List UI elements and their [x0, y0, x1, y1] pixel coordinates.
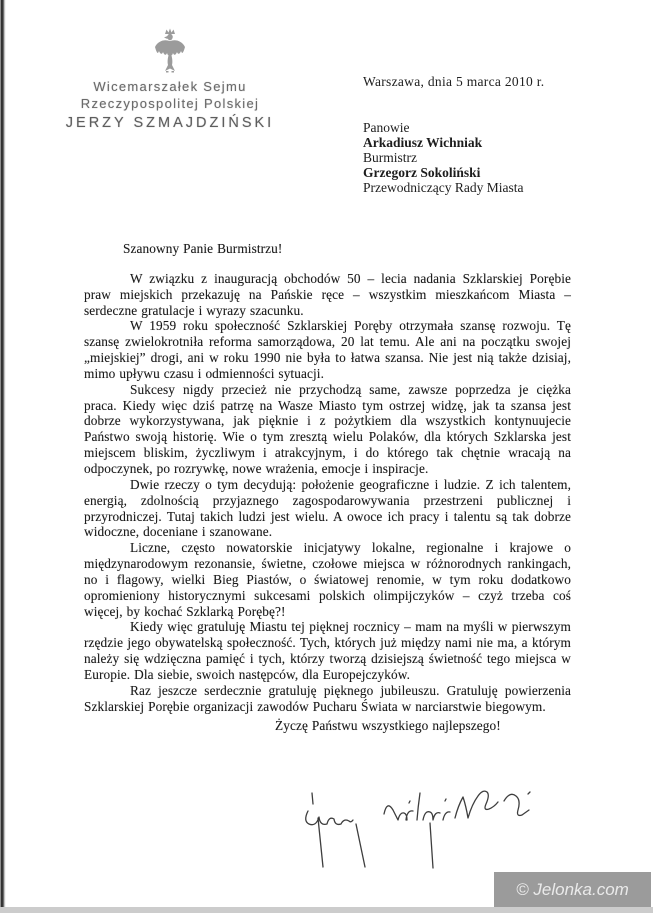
dateline: Warszawa, dnia 5 marca 2010 r. [363, 74, 544, 90]
watermark-text: © Jelonka.com [516, 880, 629, 900]
paragraph: Dwie rzeczy o tym decydują: położenie ge… [84, 477, 571, 540]
scan-edge-bottom [0, 907, 653, 913]
paragraph: Kiedy więc gratuluję Miastu tej pięknej … [84, 619, 571, 682]
scan-edge-left [0, 0, 6, 907]
recipient-name: Grzegorz Sokoliński [363, 166, 523, 181]
office-title-line1: Wicemarszałek Sejmu [55, 78, 285, 95]
office-title-line2: Rzeczypospolitej Polskiej [55, 95, 285, 112]
polish-eagle-icon [55, 28, 285, 78]
recipients-intro: Panowie [363, 121, 523, 136]
letter-body: Szanowny Panie Burmistrzu! W związku z i… [84, 241, 571, 734]
paragraph: W związku z inauguracją obchodów 50 – le… [84, 271, 571, 319]
handwritten-signature [292, 787, 542, 880]
salutation: Szanowny Panie Burmistrzu! [123, 241, 571, 257]
closing-line: Życzę Państwu wszystkiego najlepszego! [275, 718, 571, 734]
recipients-block: Panowie Arkadiusz Wichniak Burmistrz Grz… [363, 121, 523, 196]
watermark-bar: © Jelonka.com [494, 872, 651, 908]
recipient-name: Arkadiusz Wichniak [363, 136, 523, 151]
paragraph: Raz jeszcze serdecznie gratuluję piękneg… [84, 683, 571, 715]
sender-name: JERZY SZMAJDZIŃSKI [55, 115, 285, 131]
recipient-title: Przewodniczący Rady Miasta [363, 181, 523, 196]
paragraph: W 1959 roku społeczność Szklarskiej Porę… [84, 318, 571, 381]
paragraph: Sukcesy nigdy przecież nie przychodzą sa… [84, 382, 571, 477]
letterhead: Wicemarszałek Sejmu Rzeczypospolitej Pol… [55, 28, 285, 131]
recipient-title: Burmistrz [363, 151, 523, 166]
paragraph: Liczne, często nowatorskie inicjatywy lo… [84, 540, 571, 619]
scanned-letter-page: Wicemarszałek Sejmu Rzeczypospolitej Pol… [0, 0, 653, 913]
